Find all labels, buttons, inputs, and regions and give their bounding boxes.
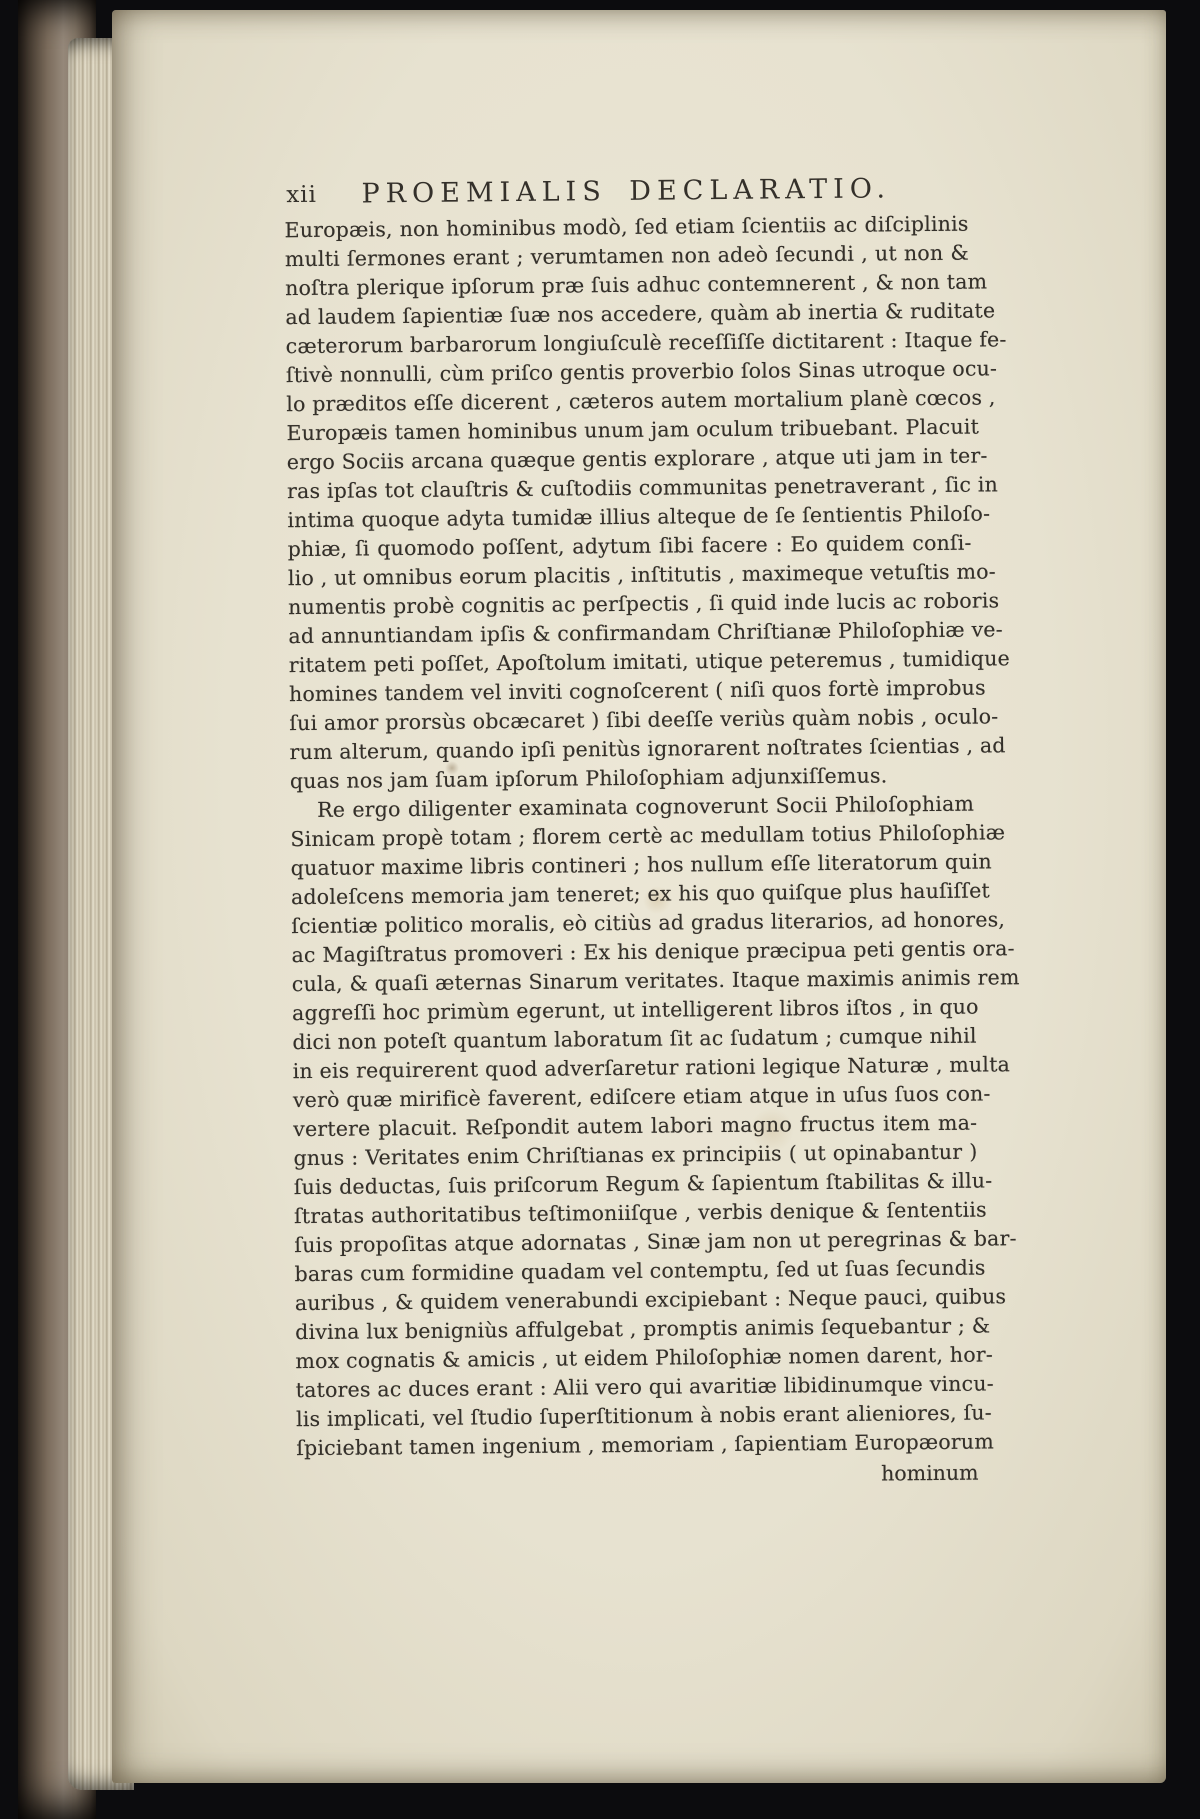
body-text: Europæis, non hominibus modò, ſed etiam … — [284, 210, 980, 1464]
catchword: hominum — [296, 1459, 980, 1495]
paragraph: Europæis, non hominibus modò, ſed etiam … — [284, 210, 974, 797]
paper-page: xii PROEMIALIS DECLARATIO. Europæis, non… — [112, 10, 1166, 1783]
book-page-scan: xii PROEMIALIS DECLARATIO. Europæis, non… — [0, 0, 1200, 1819]
page-header: xii PROEMIALIS DECLARATIO. — [284, 162, 968, 211]
paragraph: Re ergo diligenter examinata cognoverunt… — [290, 790, 980, 1464]
printed-text-block: xii PROEMIALIS DECLARATIO. Europæis, non… — [284, 162, 981, 1495]
running-title: PROEMIALIS DECLARATIO. — [284, 173, 968, 211]
text-line: ſpiciebant tamen ingenium , memoriam , ſ… — [296, 1428, 980, 1464]
